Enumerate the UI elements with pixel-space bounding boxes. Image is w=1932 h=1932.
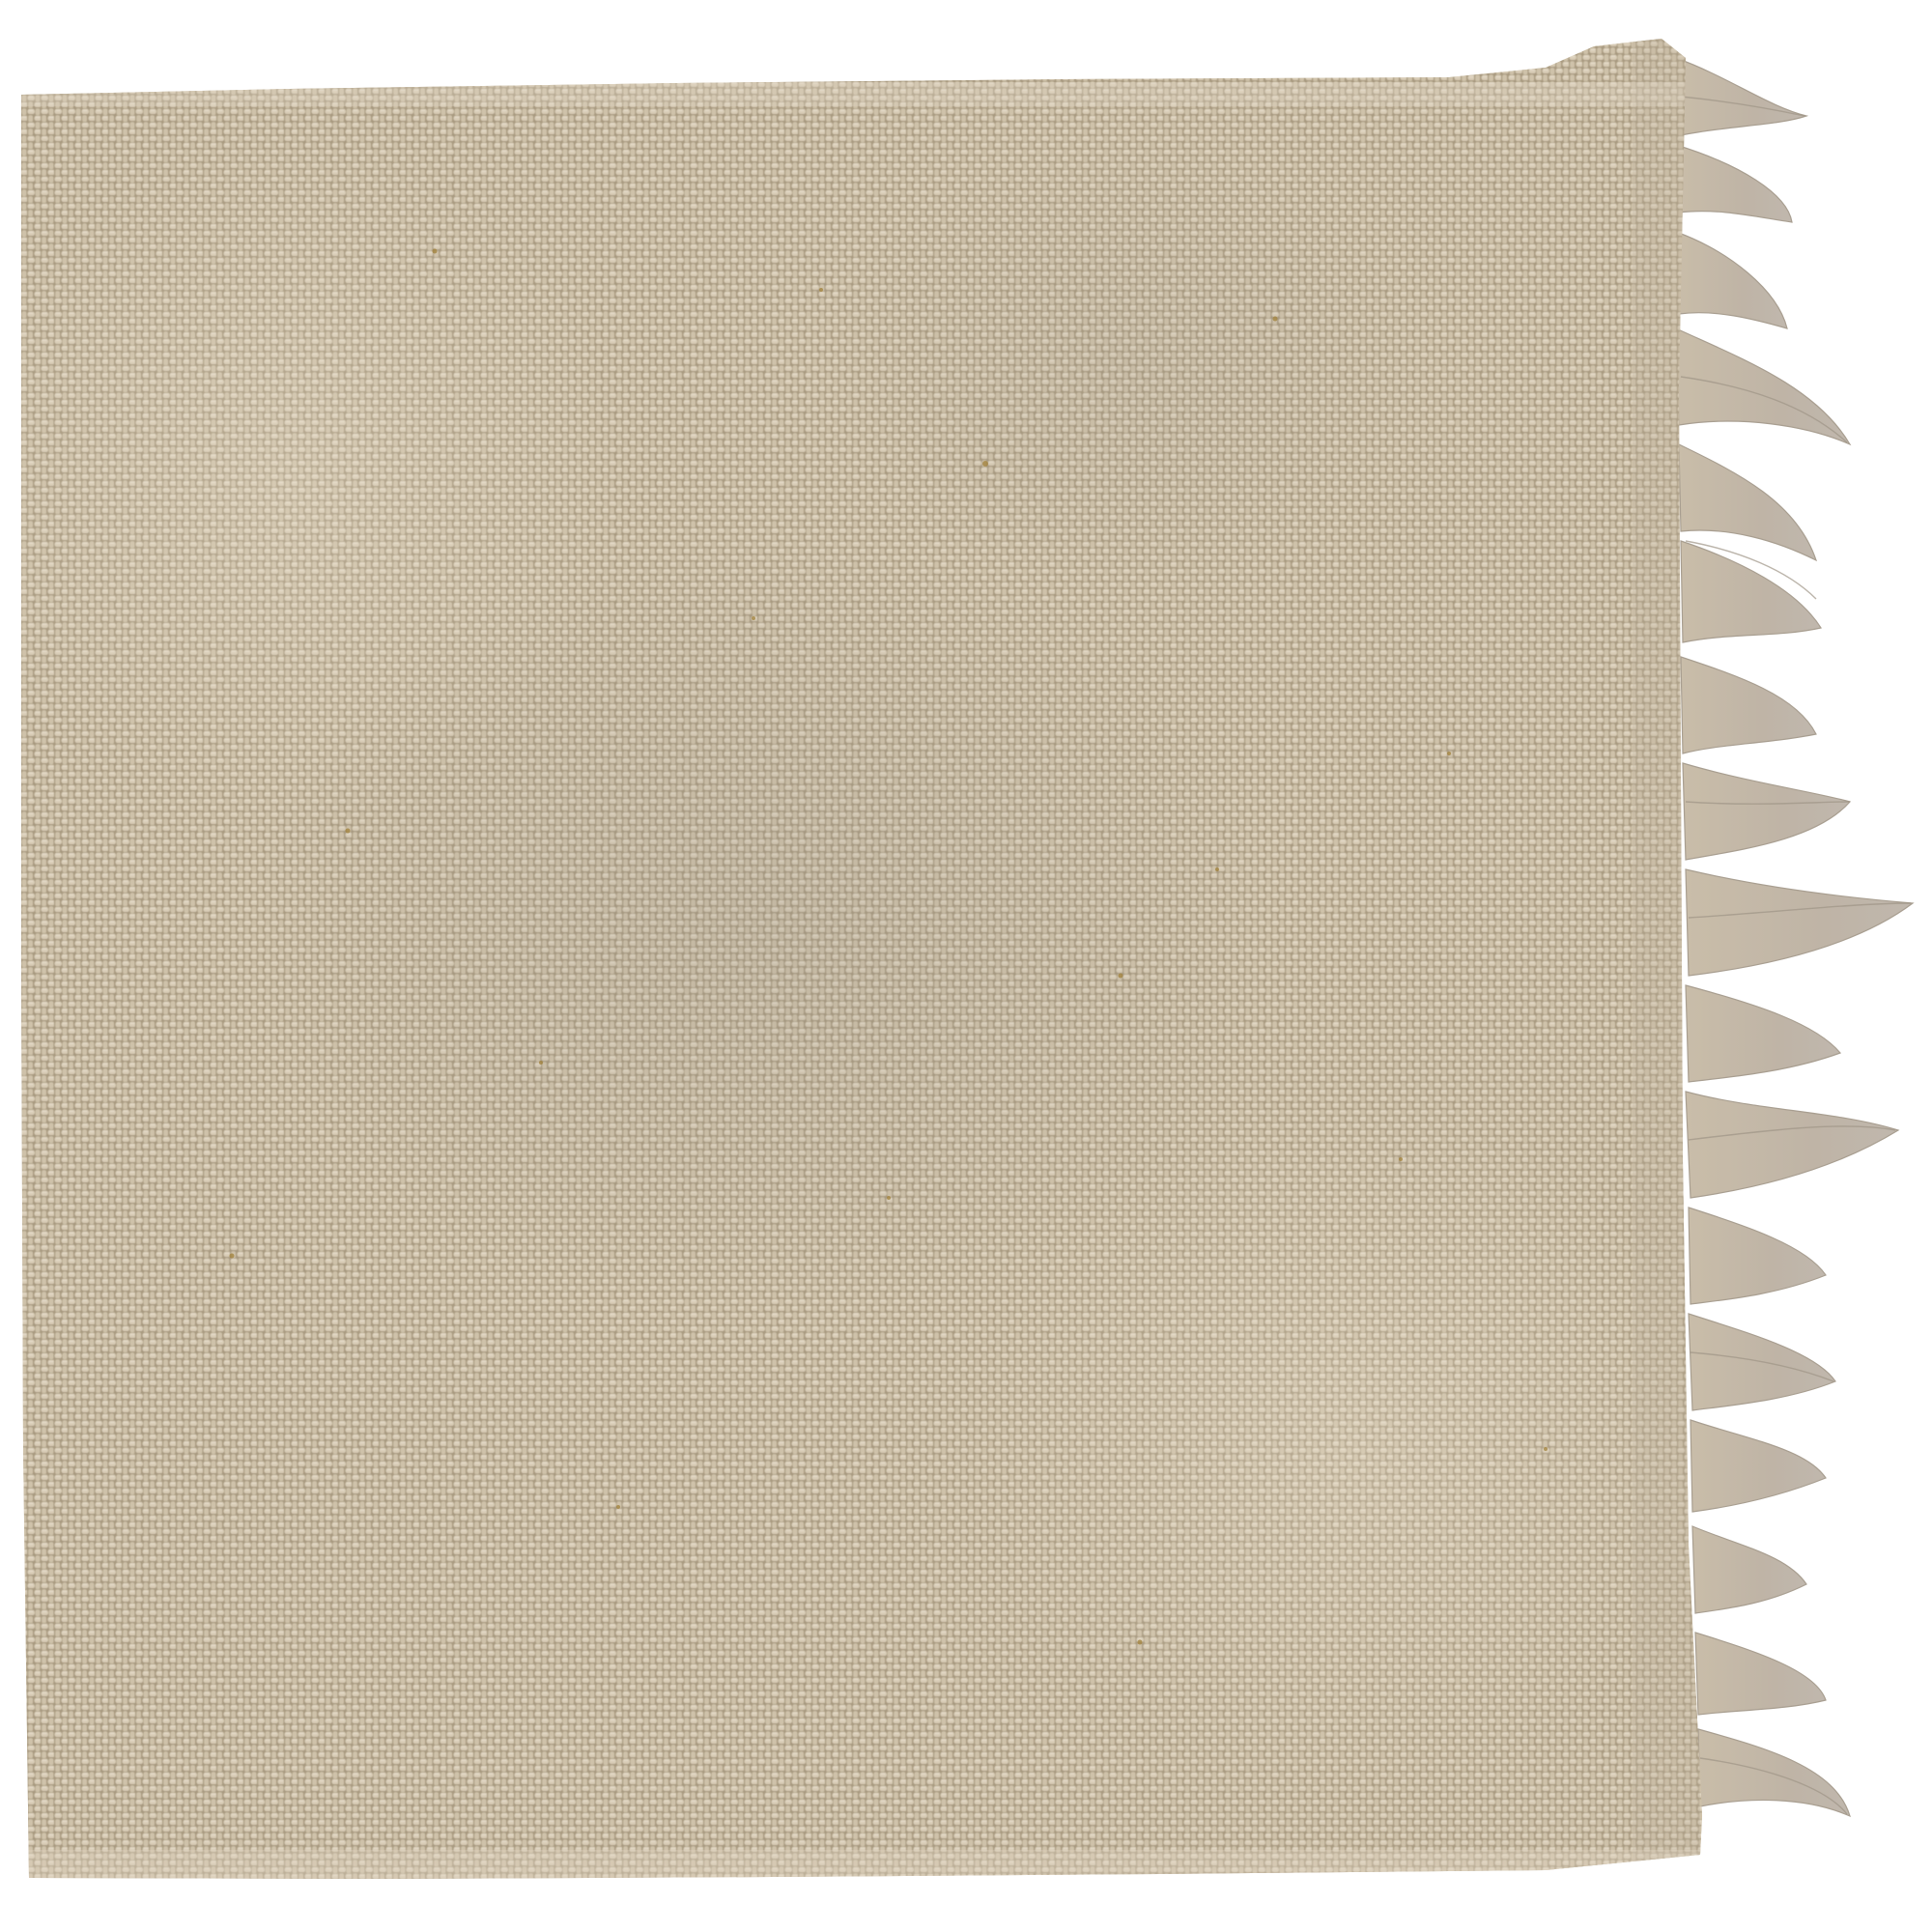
fabric-photo: woven linen fabric swatch with frayed fr… [0, 0, 1932, 1932]
fabric-svg [0, 0, 1932, 1932]
fabric-body [0, 0, 1932, 1932]
